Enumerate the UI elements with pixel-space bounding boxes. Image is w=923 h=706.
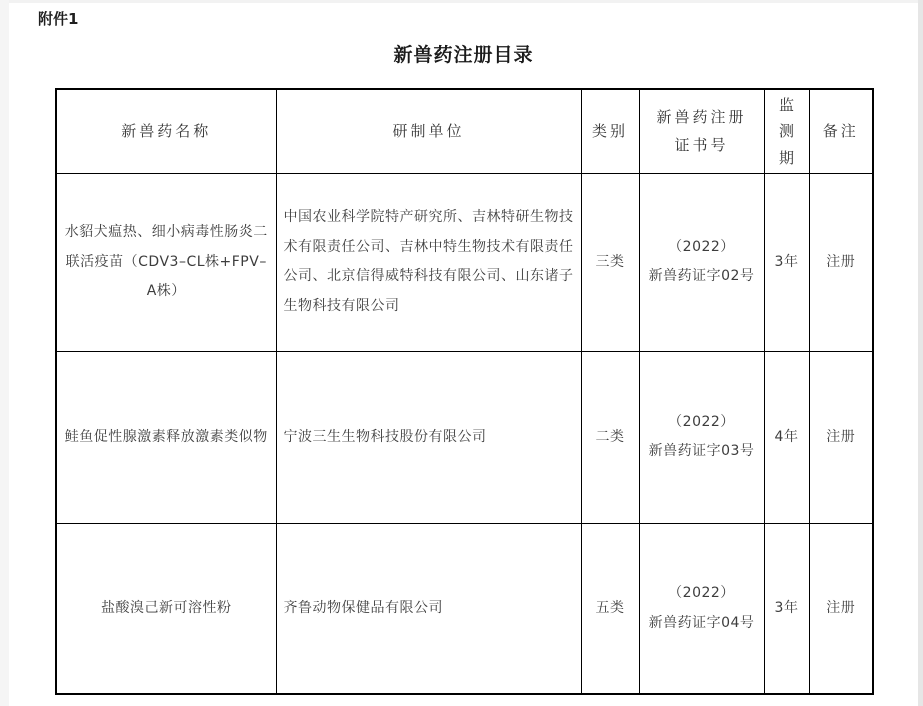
category-cell: 二类 [581, 351, 639, 523]
remarks-cell: 注册 [809, 173, 873, 351]
registry-table: 新兽药名称 研制单位 类别 新兽药注册 证书号 监测期 备注 水貂犬瘟热、细小病… [55, 88, 874, 695]
developer-cell: 齐鲁动物保健品有限公司 [276, 523, 581, 694]
monitoring-period-cell: 3年 [764, 523, 809, 694]
header-cell-category: 类别 [581, 89, 639, 173]
attachment-label: 附件1 [38, 8, 78, 29]
header-certificate-line1: 新兽药注册 [642, 103, 762, 132]
certificate-line1: （2022） [644, 233, 760, 262]
page-edge-top [0, 0, 923, 3]
table-header-row: 新兽药名称 研制单位 类别 新兽药注册 证书号 监测期 备注 [56, 89, 873, 173]
header-cell-remarks: 备注 [809, 89, 873, 173]
table-row: 盐酸溴己新可溶性粉 齐鲁动物保健品有限公司 五类 （2022） 新兽药证字04号… [56, 523, 873, 694]
page-edge-left [0, 0, 9, 706]
header-cell-monitoring-period: 监测期 [764, 89, 809, 173]
remarks-cell: 注册 [809, 523, 873, 694]
certificate-cell: （2022） 新兽药证字03号 [639, 351, 764, 523]
table-row: 鲑鱼促性腺激素释放激素类似物 宁波三生生物科技股份有限公司 二类 （2022） … [56, 351, 873, 523]
header-certificate-line2: 证书号 [642, 131, 762, 160]
category-cell: 三类 [581, 173, 639, 351]
page-title: 新兽药注册目录 [55, 40, 872, 67]
certificate-cell: （2022） 新兽药证字04号 [639, 523, 764, 694]
header-cell-name: 新兽药名称 [56, 89, 276, 173]
certificate-line2: 新兽药证字04号 [644, 609, 760, 638]
certificate-line2: 新兽药证字02号 [644, 262, 760, 291]
monitoring-period-cell: 4年 [764, 351, 809, 523]
table-row: 水貂犬瘟热、细小病毒性肠炎二联活疫苗（CDV3–CL株+FPV–A株） 中国农业… [56, 173, 873, 351]
monitoring-period-cell: 3年 [764, 173, 809, 351]
developer-cell: 宁波三生生物科技股份有限公司 [276, 351, 581, 523]
page-edge-right [918, 0, 923, 706]
certificate-line1: （2022） [644, 408, 760, 437]
document-page: 附件1 新兽药注册目录 新兽药名称 研制单位 类别 新兽药注册 证书号 监测期 [0, 0, 923, 706]
drug-name-cell: 盐酸溴己新可溶性粉 [56, 523, 276, 694]
header-cell-certificate: 新兽药注册 证书号 [639, 89, 764, 173]
drug-name-cell: 水貂犬瘟热、细小病毒性肠炎二联活疫苗（CDV3–CL株+FPV–A株） [56, 173, 276, 351]
certificate-line2: 新兽药证字03号 [644, 437, 760, 466]
remarks-cell: 注册 [809, 351, 873, 523]
header-cell-developer: 研制单位 [276, 89, 581, 173]
developer-cell: 中国农业科学院特产研究所、吉林特研生物技术有限责任公司、吉林中特生物技术有限责任… [276, 173, 581, 351]
drug-name-cell: 鲑鱼促性腺激素释放激素类似物 [56, 351, 276, 523]
certificate-cell: （2022） 新兽药证字02号 [639, 173, 764, 351]
category-cell: 五类 [581, 523, 639, 694]
header-monitoring-period-label: 监测期 [778, 92, 796, 171]
certificate-line1: （2022） [644, 579, 760, 608]
